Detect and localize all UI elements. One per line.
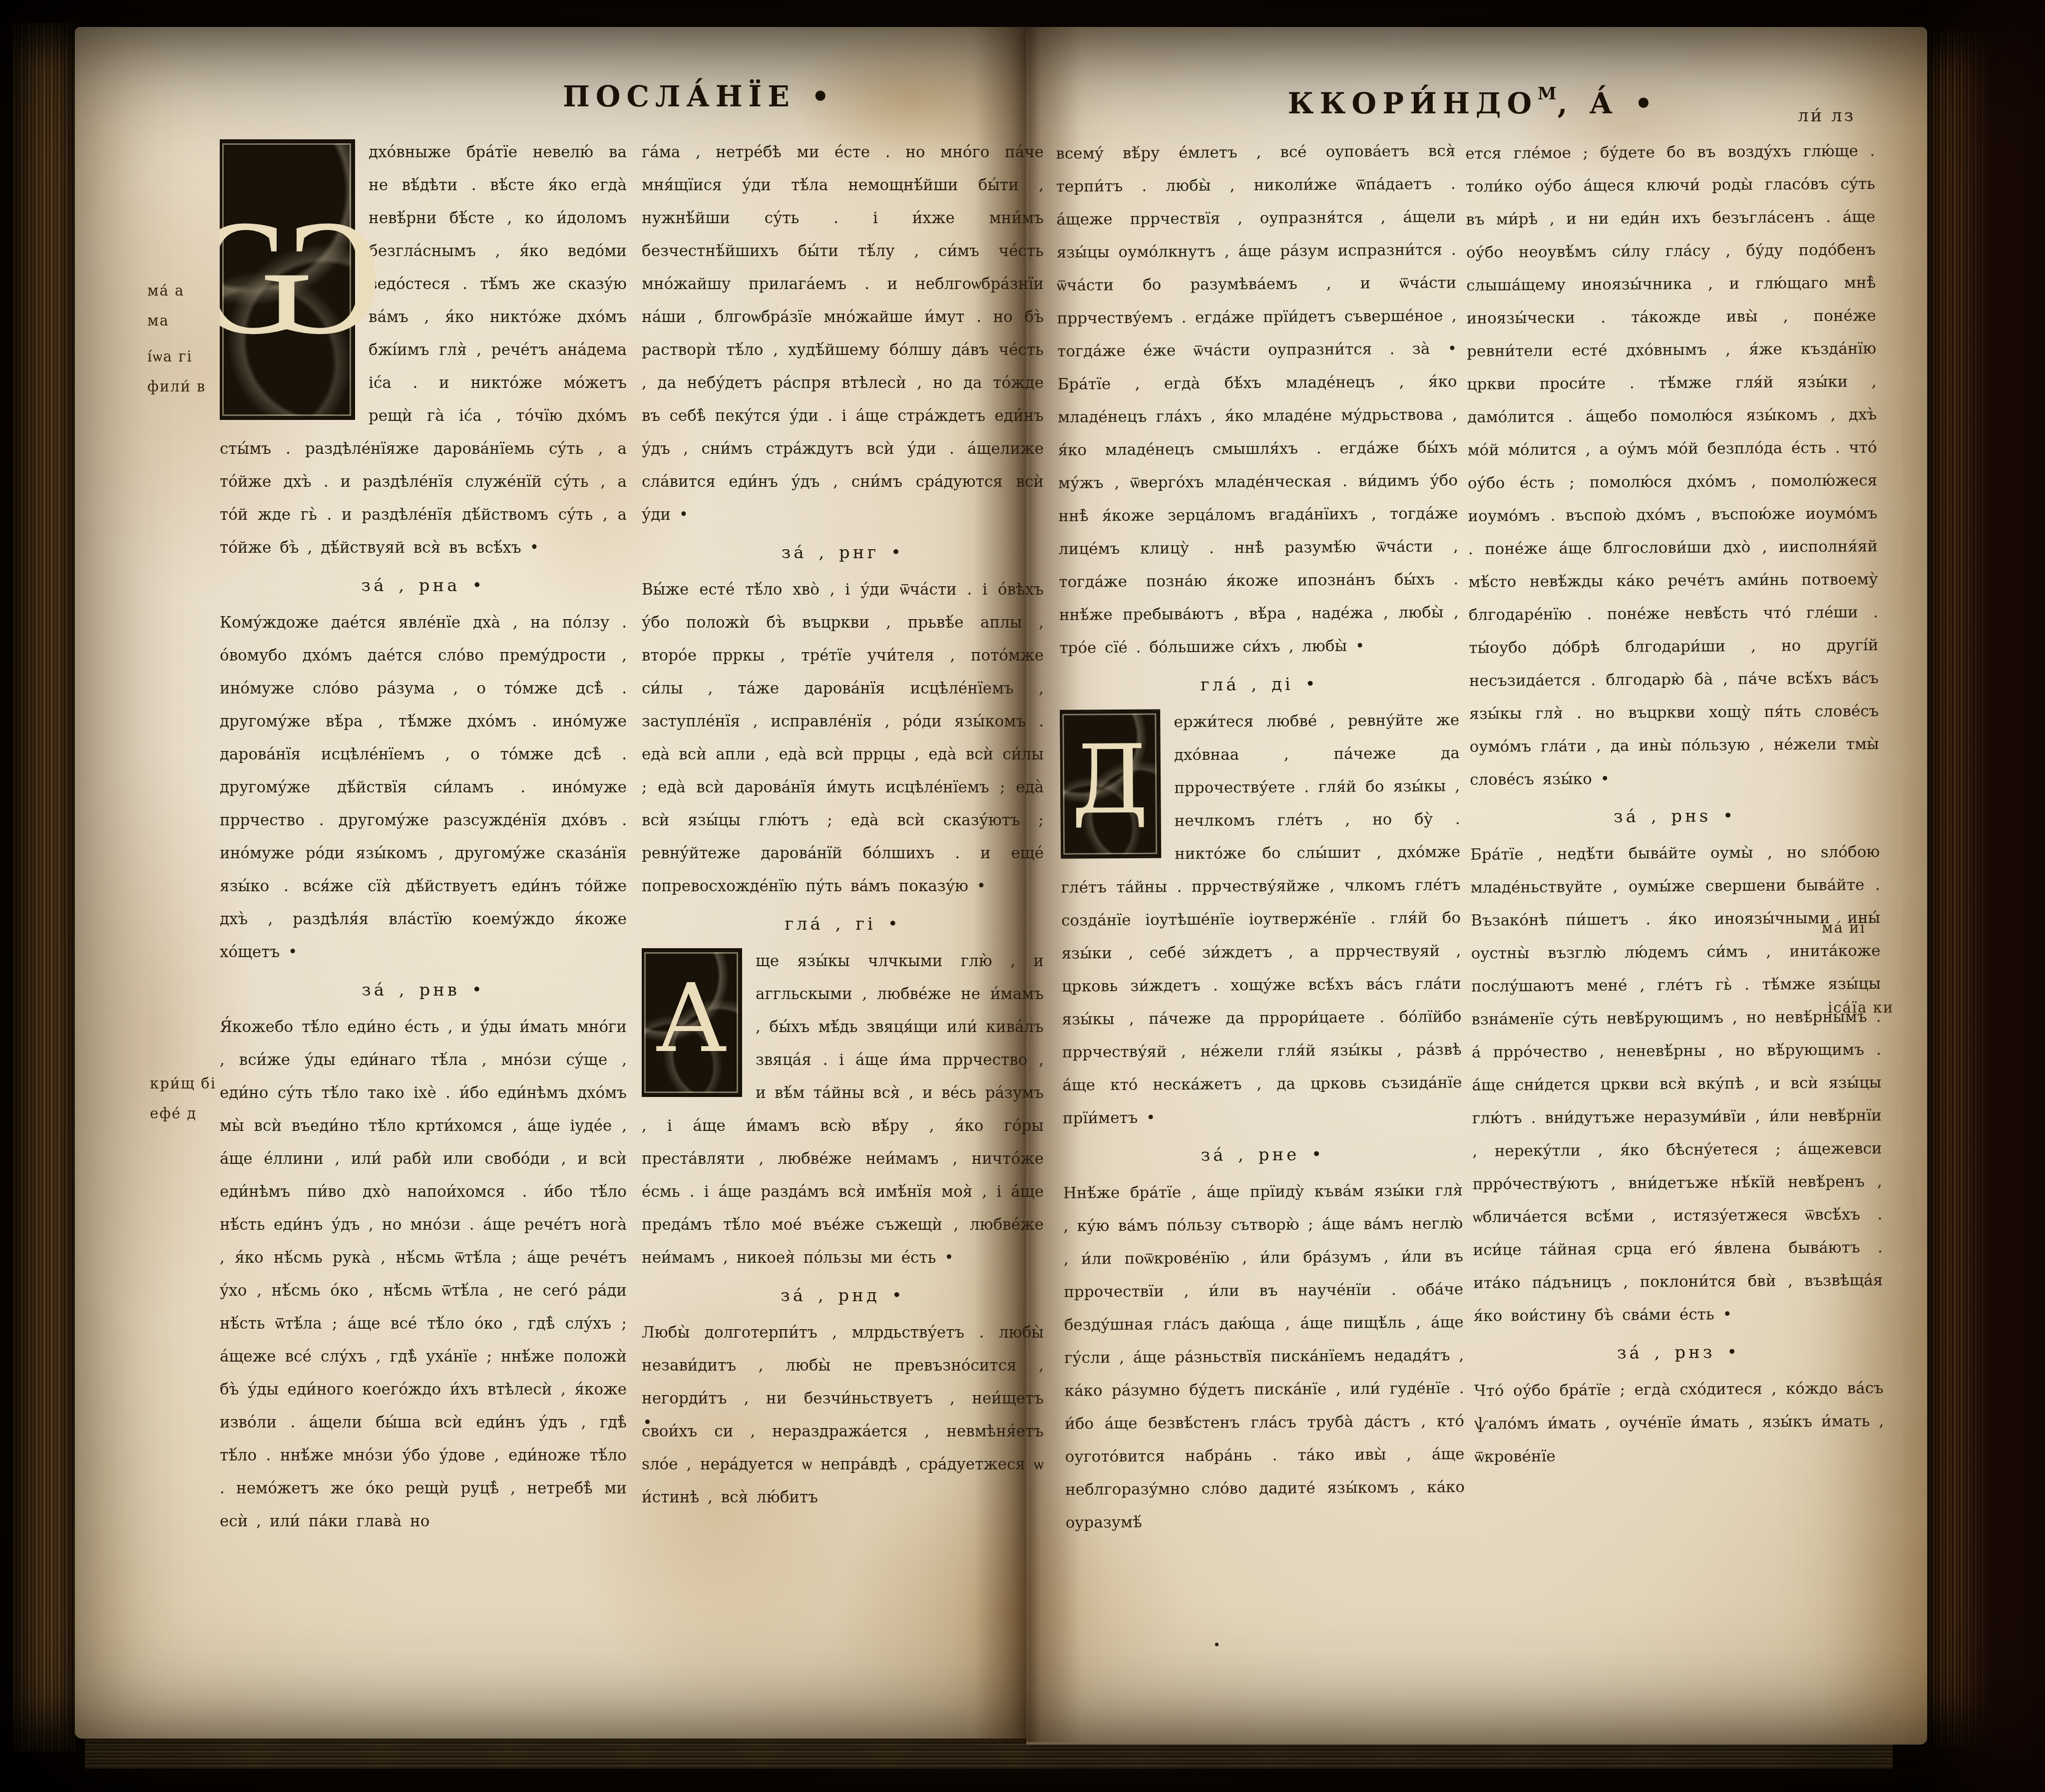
margin-note: фили́ в xyxy=(147,371,206,401)
body-paragraph: всему́ вѣ́ру е́млетъ , все́ оупова́етъ в… xyxy=(1056,134,1459,665)
chapter-heading: гла́ , гі • xyxy=(642,908,1044,941)
margin-note: ма́ а xyxy=(147,276,206,306)
zachalo-marker: за́ , рнд • xyxy=(642,1279,1044,1312)
body-paragraph: Я́кожебо тѣ́ло еди́но е́сть , и у́ды и́м… xyxy=(220,1011,627,1538)
body-paragraph: Кому́ждоже дае́тся явле́нїе дха̀ , на по… xyxy=(220,606,627,969)
paragraph-text: га́ма , нетре́бѣ ми е́сте . но мно́го па… xyxy=(642,143,1044,524)
margin-note-group-left-mid: кри́щ бі ефе́ д xyxy=(150,1069,216,1128)
body-paragraph: Ннѣ́же бра́тїе , а́ще прїиду̀ къва́м язы… xyxy=(1063,1174,1465,1539)
drop-cap-initial: Ѡ xyxy=(220,141,354,418)
drop-cap-initial: А xyxy=(642,950,741,1095)
margin-note: ма xyxy=(147,306,206,336)
running-head-right: ККОРИ́НДОМ, А́ • xyxy=(1149,84,1798,120)
zachalo-marker: за́ , рне • xyxy=(1063,1137,1462,1173)
running-head-right-superscript: М xyxy=(1538,84,1558,104)
zachalo-marker: за́ , рна • xyxy=(220,569,627,602)
drop-cap-letter: Д xyxy=(1071,763,1149,797)
body-paragraph: Бра́тїе , недѣ́ти быва́йте оумы̀ , но ѕл… xyxy=(1470,835,1883,1333)
paragraph-text: Вы́же есте́ тѣ́ло хво̀ , і у́ди ѿча́сти … xyxy=(642,581,1044,895)
body-paragraph: Ѡдхо́вныже бра́тїе невелю́ ва не вѣ́дѣти… xyxy=(220,136,627,564)
page-block-fore-edge-left xyxy=(13,23,77,1752)
paragraph-text: Что́ оу́бо бра́тїе ; егда̀ схо́дитеся , … xyxy=(1474,1379,1884,1466)
drop-cap-letter: Ѡ xyxy=(220,259,383,292)
body-paragraph: Любы̀ долготерпи́тъ , млрдьству́етъ . лю… xyxy=(642,1316,1044,1514)
margin-note: кри́щ бі xyxy=(150,1069,216,1098)
zachalo-marker: за́ , рнв • xyxy=(220,974,627,1007)
zachalo-marker: за́ , рнг • xyxy=(642,536,1044,569)
text-column-3: всему́ вѣ́ру е́млетъ , все́ оупова́етъ в… xyxy=(1056,134,1466,1683)
drop-cap-letter: А xyxy=(655,1002,727,1035)
drop-cap-initial: Д xyxy=(1060,711,1160,857)
paragraph-text: Бра́тїе , недѣ́ти быва́йте оумы̀ , но ѕл… xyxy=(1470,843,1883,1325)
paragraph-text: всему́ вѣ́ру е́млетъ , все́ оупова́етъ в… xyxy=(1056,142,1459,657)
margin-note: і́ѡа гі xyxy=(147,342,206,371)
body-paragraph: га́ма , нетре́бѣ ми е́сте . но мно́го па… xyxy=(642,136,1044,531)
binding-shadow xyxy=(1925,0,2045,1792)
body-paragraph: Вы́же есте́ тѣ́ло хво̀ , і у́ди ѿча́сти … xyxy=(642,573,1044,903)
running-head-left: ПОСЛА́НЇЕ • xyxy=(350,80,1049,113)
book-photo: ПОСЛА́НЇЕ • ККОРИ́НДОМ, А́ • ли́ лз ма́ … xyxy=(0,0,2045,1792)
text-column-4: ется гле́мое ; бу́дете бо въ возду́хъ гл… xyxy=(1465,134,1886,1683)
text-column-2: га́ма , нетре́бѣ ми е́сте . но мно́го па… xyxy=(642,136,1044,1681)
body-paragraph: Что́ оу́бо бра́тїе ; егда̀ схо́дитеся , … xyxy=(1474,1372,1884,1473)
paragraph-text: Ннѣ́же бра́тїе , а́ще прїиду̀ къва́м язы… xyxy=(1063,1181,1465,1532)
body-paragraph: Держи́теся любве́ , ревну́йте же дхо́вна… xyxy=(1060,704,1462,1135)
margin-note: ефе́ д xyxy=(150,1098,216,1128)
zachalo-marker: за́ , рнѕ • xyxy=(1470,798,1879,834)
paragraph-text: ется гле́мое ; бу́дете бо въ возду́хъ гл… xyxy=(1465,142,1879,789)
paragraph-text: Я́кожебо тѣ́ло еди́но е́сть , и у́ды и́м… xyxy=(220,1018,627,1530)
zachalo-marker: за́ , рнз • xyxy=(1474,1335,1883,1371)
body-paragraph: ется гле́мое ; бу́дете бо въ возду́хъ гл… xyxy=(1465,134,1879,796)
margin-note-group-left: ма́ а ма і́ѡа гі фили́ в xyxy=(147,276,206,401)
paragraph-text: Кому́ждоже дае́тся явле́нїе дха̀ , на по… xyxy=(220,614,627,961)
running-head-right-tail: , А́ • xyxy=(1558,87,1658,120)
text-column-1: Ѡдхо́вныже бра́тїе невелю́ ва не вѣ́дѣти… xyxy=(220,136,627,1681)
chapter-heading: гла́ , ді • xyxy=(1060,667,1459,703)
folio-number: ли́ лз xyxy=(1798,106,1855,126)
paragraph-text: Любы̀ долготерпи́тъ , млрдьству́етъ . лю… xyxy=(642,1324,1044,1506)
body-paragraph: Аще язы́кы члчкыми глю̀ , и аггльскыми ,… xyxy=(642,945,1044,1274)
running-head-left-text: ПОСЛА́НЇЕ • xyxy=(563,80,835,113)
running-head-right-base: ККОРИ́НДО xyxy=(1288,87,1538,120)
